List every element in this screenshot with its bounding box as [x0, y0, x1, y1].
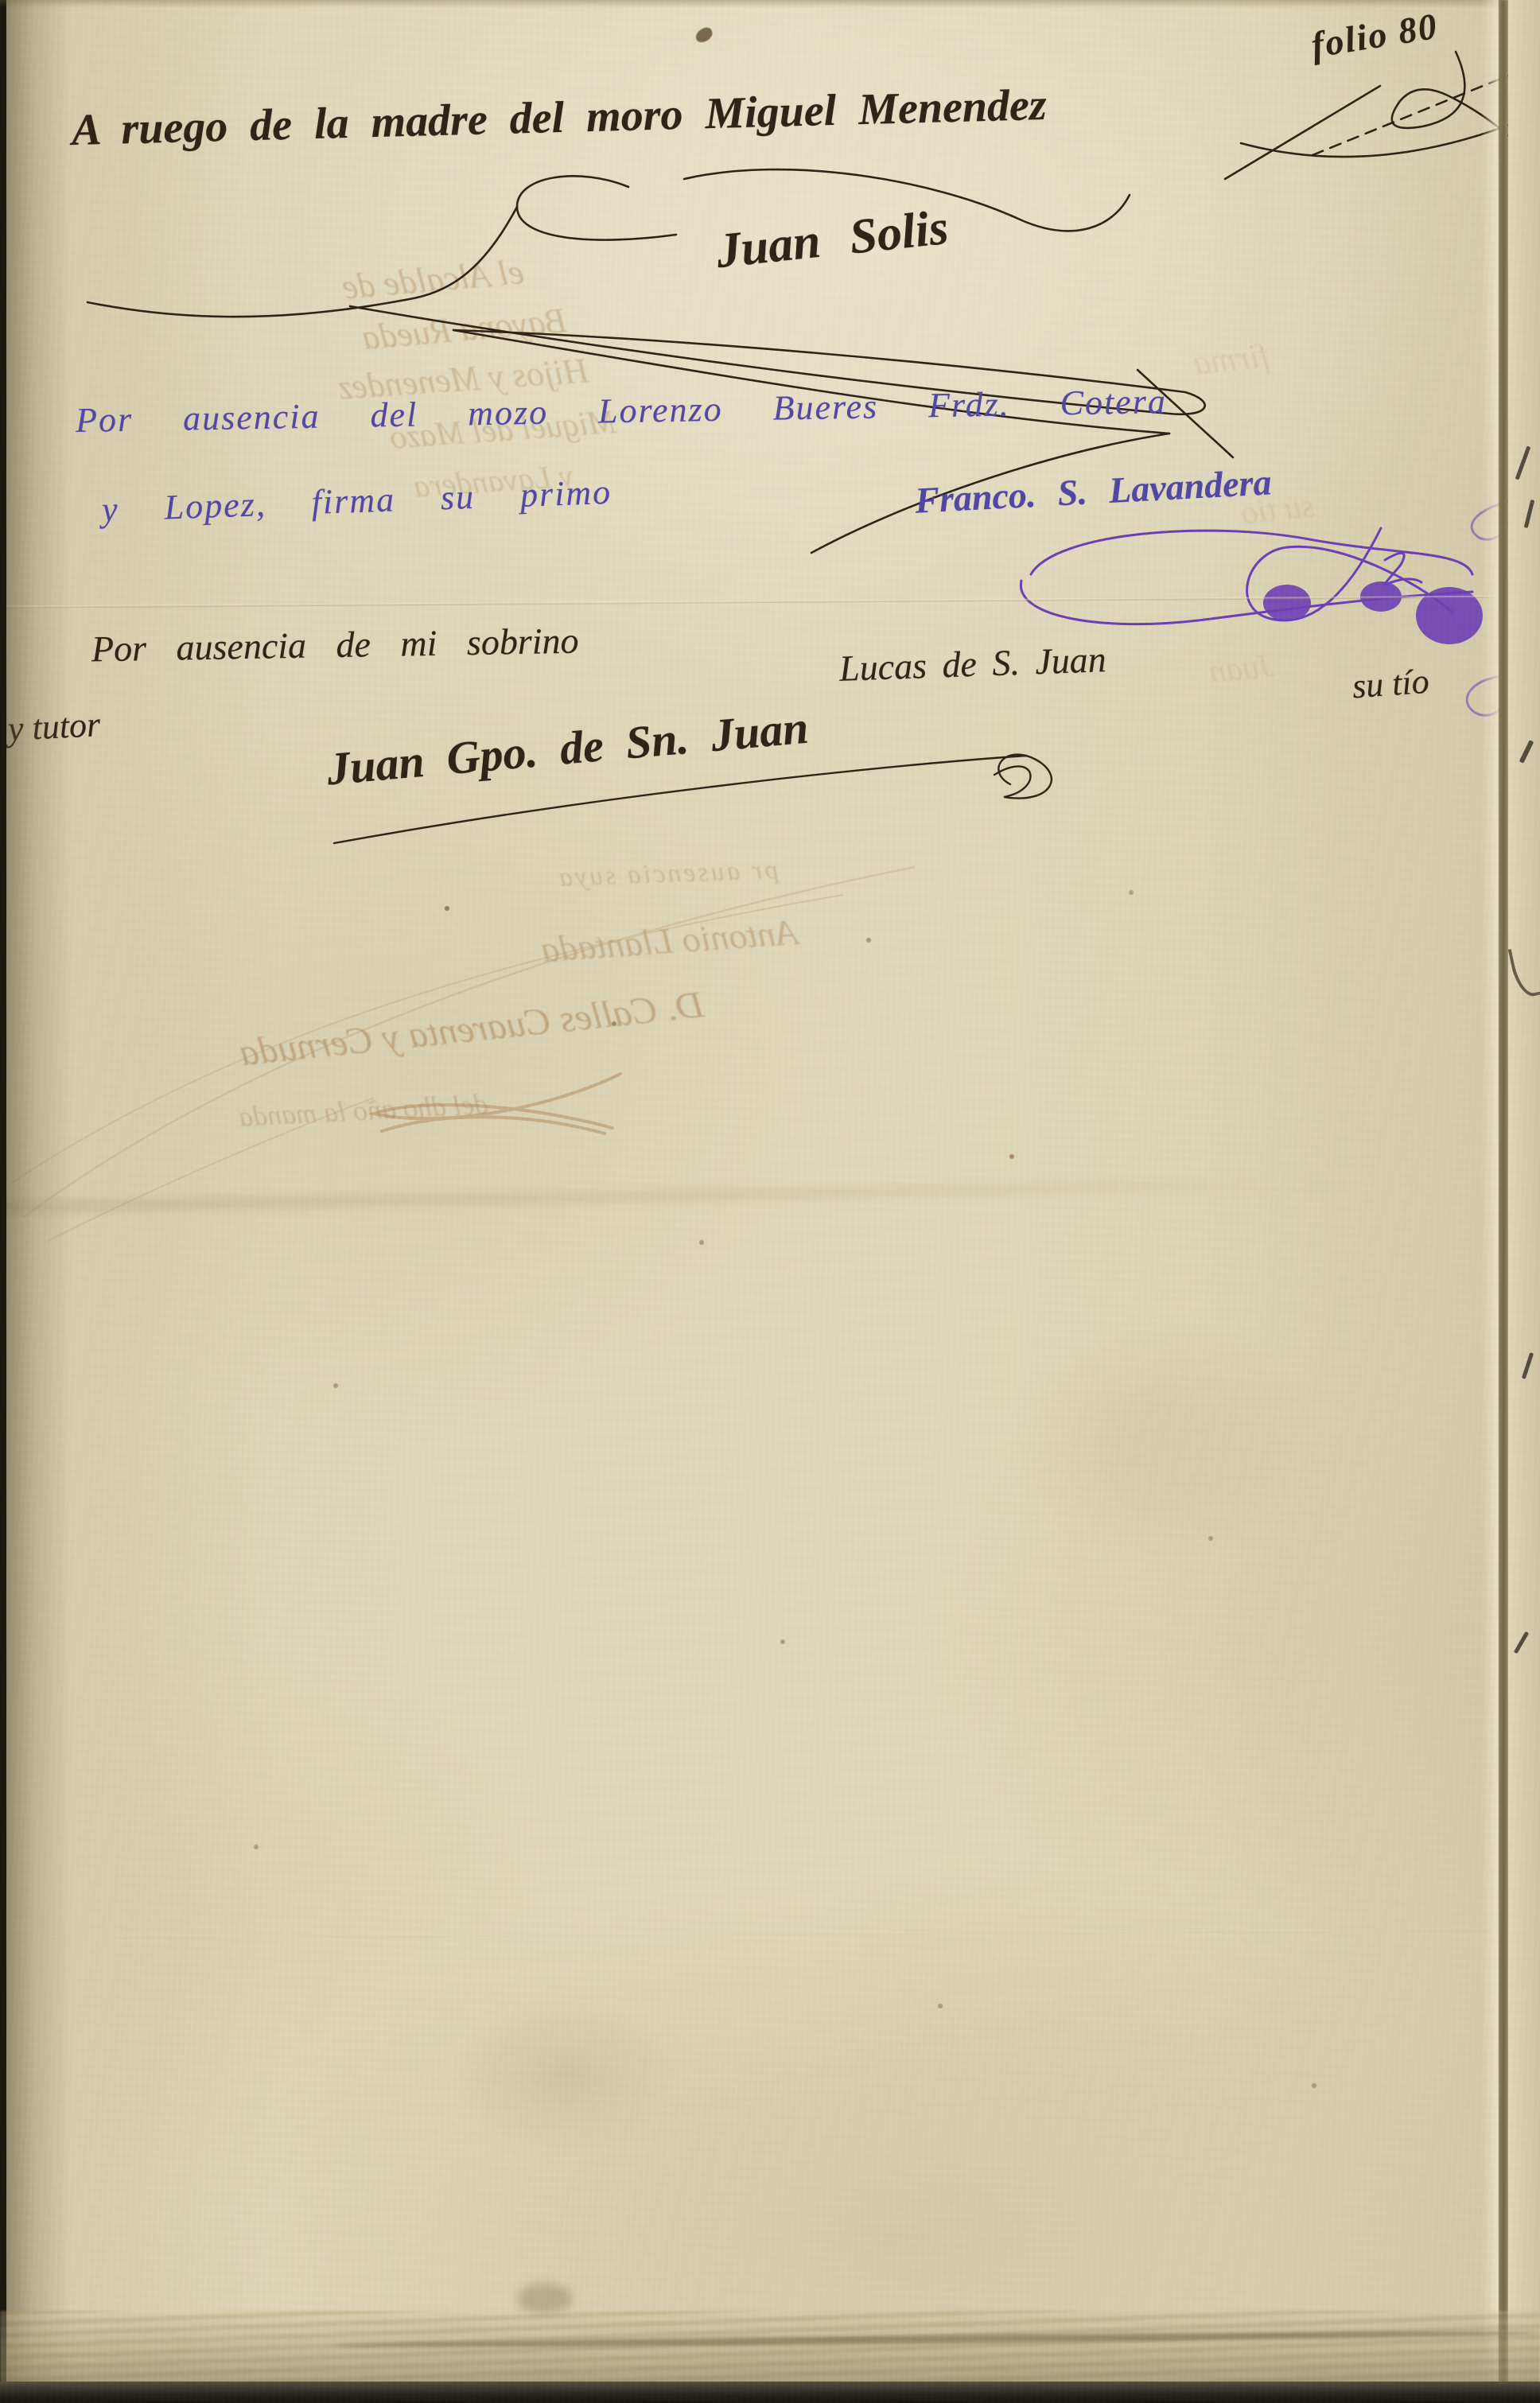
bottom-edge-dark-strip [0, 2382, 1540, 2403]
ink-speck [694, 25, 715, 45]
fold-crease [0, 1929, 1540, 1939]
tutor-signature-flourish [310, 740, 1074, 859]
absence-mozo-line-2: y Lopez, firma su primo [101, 475, 612, 527]
binding-edge-left [0, 0, 6, 2403]
absence-sobrino-line-1c: su tío [1351, 664, 1430, 705]
stain-blotch [955, 1273, 1368, 1607]
lavandera-signature: Franco. S. Lavandera [914, 464, 1272, 519]
page-edge-crack-right [1499, 0, 1508, 2403]
faint-pencil-arcs [0, 843, 955, 1241]
page-edge-highlight-right [1481, 0, 1499, 2403]
stain-smudge [517, 2283, 573, 2315]
absence-sobrino-line-1: Por ausencia de mi sobrino [91, 623, 579, 668]
binding-shadow-left [6, 0, 70, 2403]
manuscript-page: el Alcalde de Bayona Rueda Hijos y Menen… [0, 0, 1540, 2403]
stain-blotch [414, 1973, 716, 2179]
request-note-line: A ruego de la madre del moro Miguel Mene… [71, 83, 1047, 153]
bottom-edge-streaks [0, 2311, 1540, 2384]
top-edge-shadow [0, 0, 1540, 8]
adjacent-page-edge [1508, 0, 1540, 2403]
absence-sobrino-line-1b: Lucas de S. Juan [838, 641, 1106, 687]
